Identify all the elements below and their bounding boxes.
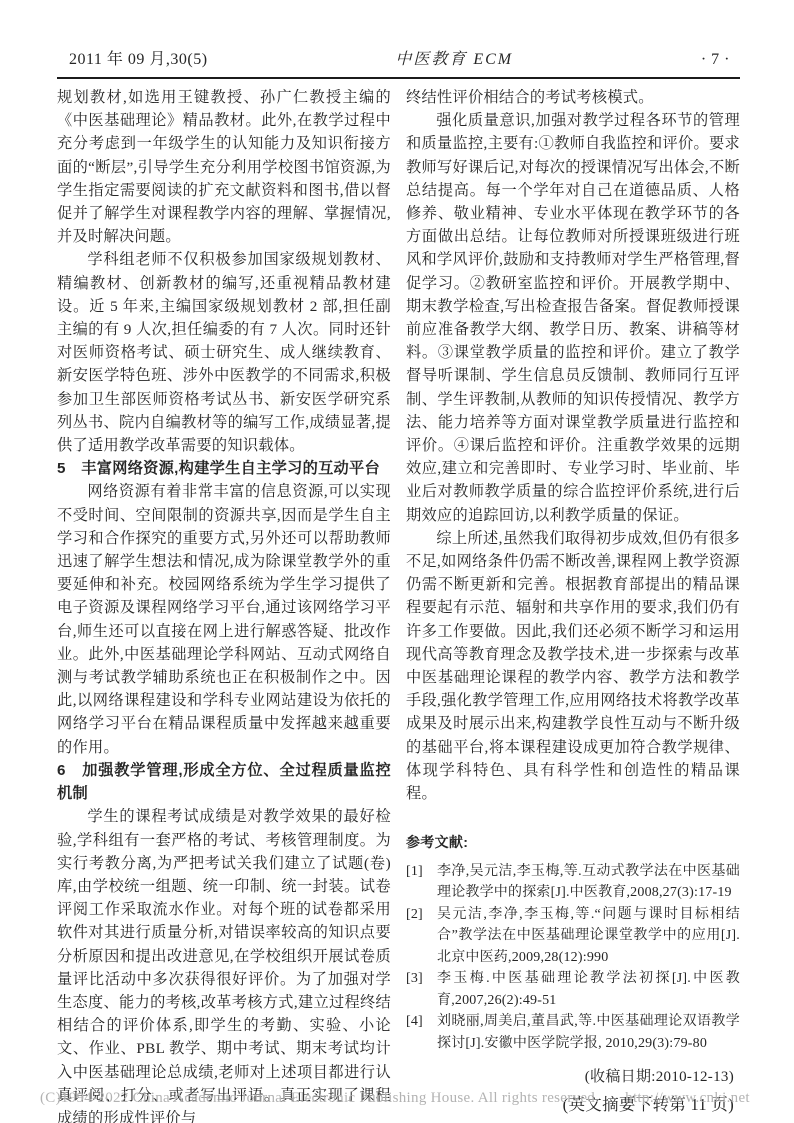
paragraph-textbooks: 学科组老师不仅积极参加国家级规划教材、精编教材、创新教材的编写,还重视精品教材建…	[57, 248, 391, 457]
reference-label: [2]	[406, 904, 423, 926]
article-body: 规划教材,如选用王键教授、孙广仁教授主编的《中医基础理论》精品教材。此外,在教学…	[57, 86, 740, 1123]
paragraph-continuation: 终结性评价相结合的考试考核模式。	[406, 86, 740, 109]
section-6-heading: 6 加强教学管理,形成全方位、全过程质量监控机制	[57, 759, 391, 805]
journal-title: 中医教育 ECM	[395, 46, 513, 69]
journal-page: 2011 年 09 月,30(5) 中医教育 ECM · 7 · 规划教材,如选…	[0, 0, 794, 1123]
references-list: [1] 李净,吴元洁,李玉梅,等.互动式教学法在中医基础理论教学中的探索[J].…	[406, 861, 740, 1055]
references-heading: 参考文献:	[406, 831, 740, 854]
reference-text: 刘晓丽,周美启,董昌武,等.中医基础理论双语教学探讨[J].安徽中医学院学报, …	[437, 1014, 740, 1051]
reference-label: [3]	[406, 968, 423, 990]
copyright-text: (C)1994-2022 China Academic Journal Elec…	[40, 1090, 599, 1106]
footer-url: http://www.cnki.net	[625, 1090, 750, 1106]
reference-label: [4]	[406, 1011, 423, 1033]
left-column: 规划教材,如选用王键教授、孙广仁教授主编的《中医基础理论》精品教材。此外,在教学…	[57, 86, 391, 1123]
page-footer: (C)1994-2022 China Academic Journal Elec…	[40, 1090, 764, 1107]
right-column: 终结性评价相结合的考试考核模式。 强化质量意识,加强对教学过程各环节的管理和质量…	[406, 86, 740, 1123]
paragraph-continuation: 规划教材,如选用王键教授、孙广仁教授主编的《中医基础理论》精品教材。此外,在教学…	[57, 86, 391, 248]
reference-item: [4] 刘晓丽,周美启,董昌武,等.中医基础理论双语教学探讨[J].安徽中医学院…	[406, 1011, 740, 1054]
header-rule	[57, 77, 740, 79]
paragraph-quality-control: 强化质量意识,加强对教学过程各环节的管理和质量监控,主要有:①教师自我监控和评价…	[406, 109, 740, 527]
reference-item: [2] 吴元洁,李净,李玉梅,等.“问题与课时目标相结合”教学法在中医基础理论课…	[406, 904, 740, 969]
page-number: · 7 ·	[701, 51, 730, 69]
reference-text: 李玉梅.中医基础理论教学法初探[J].中医教育,2007,26(2):49-51	[437, 971, 740, 1008]
reference-label: [1]	[406, 861, 423, 883]
reference-text: 吴元洁,李净,李玉梅,等.“问题与课时目标相结合”教学法在中医基础理论课堂教学中…	[437, 907, 740, 965]
paragraph-network: 网络资源有着非常丰富的信息资源,可以实现不受时间、空间限制的资源共享,因而是学生…	[57, 480, 391, 758]
page-header: 2011 年 09 月,30(5) 中医教育 ECM · 7 ·	[57, 46, 740, 69]
issue-info: 2011 年 09 月,30(5)	[69, 46, 208, 69]
paragraph-summary: 综上所述,虽然我们取得初步成效,但仍有很多不足,如网络条件仍需不断改善,课程网上…	[406, 527, 740, 805]
reference-item: [3] 李玉梅.中医基础理论教学法初探[J].中医教育,2007,26(2):4…	[406, 968, 740, 1011]
reference-text: 李净,吴元洁,李玉梅,等.互动式教学法在中医基础理论教学中的探索[J].中医教育…	[437, 864, 740, 901]
section-5-heading: 5 丰富网络资源,构建学生自主学习的互动平台	[57, 457, 391, 480]
paragraph-exam: 学生的课程考试成绩是对教学效果的最好检验,学科组有一套严格的考试、考核管理制度。…	[57, 805, 391, 1123]
received-date: (收稿日期:2010-12-13)	[406, 1066, 740, 1089]
reference-item: [1] 李净,吴元洁,李玉梅,等.互动式教学法在中医基础理论教学中的探索[J].…	[406, 861, 740, 904]
